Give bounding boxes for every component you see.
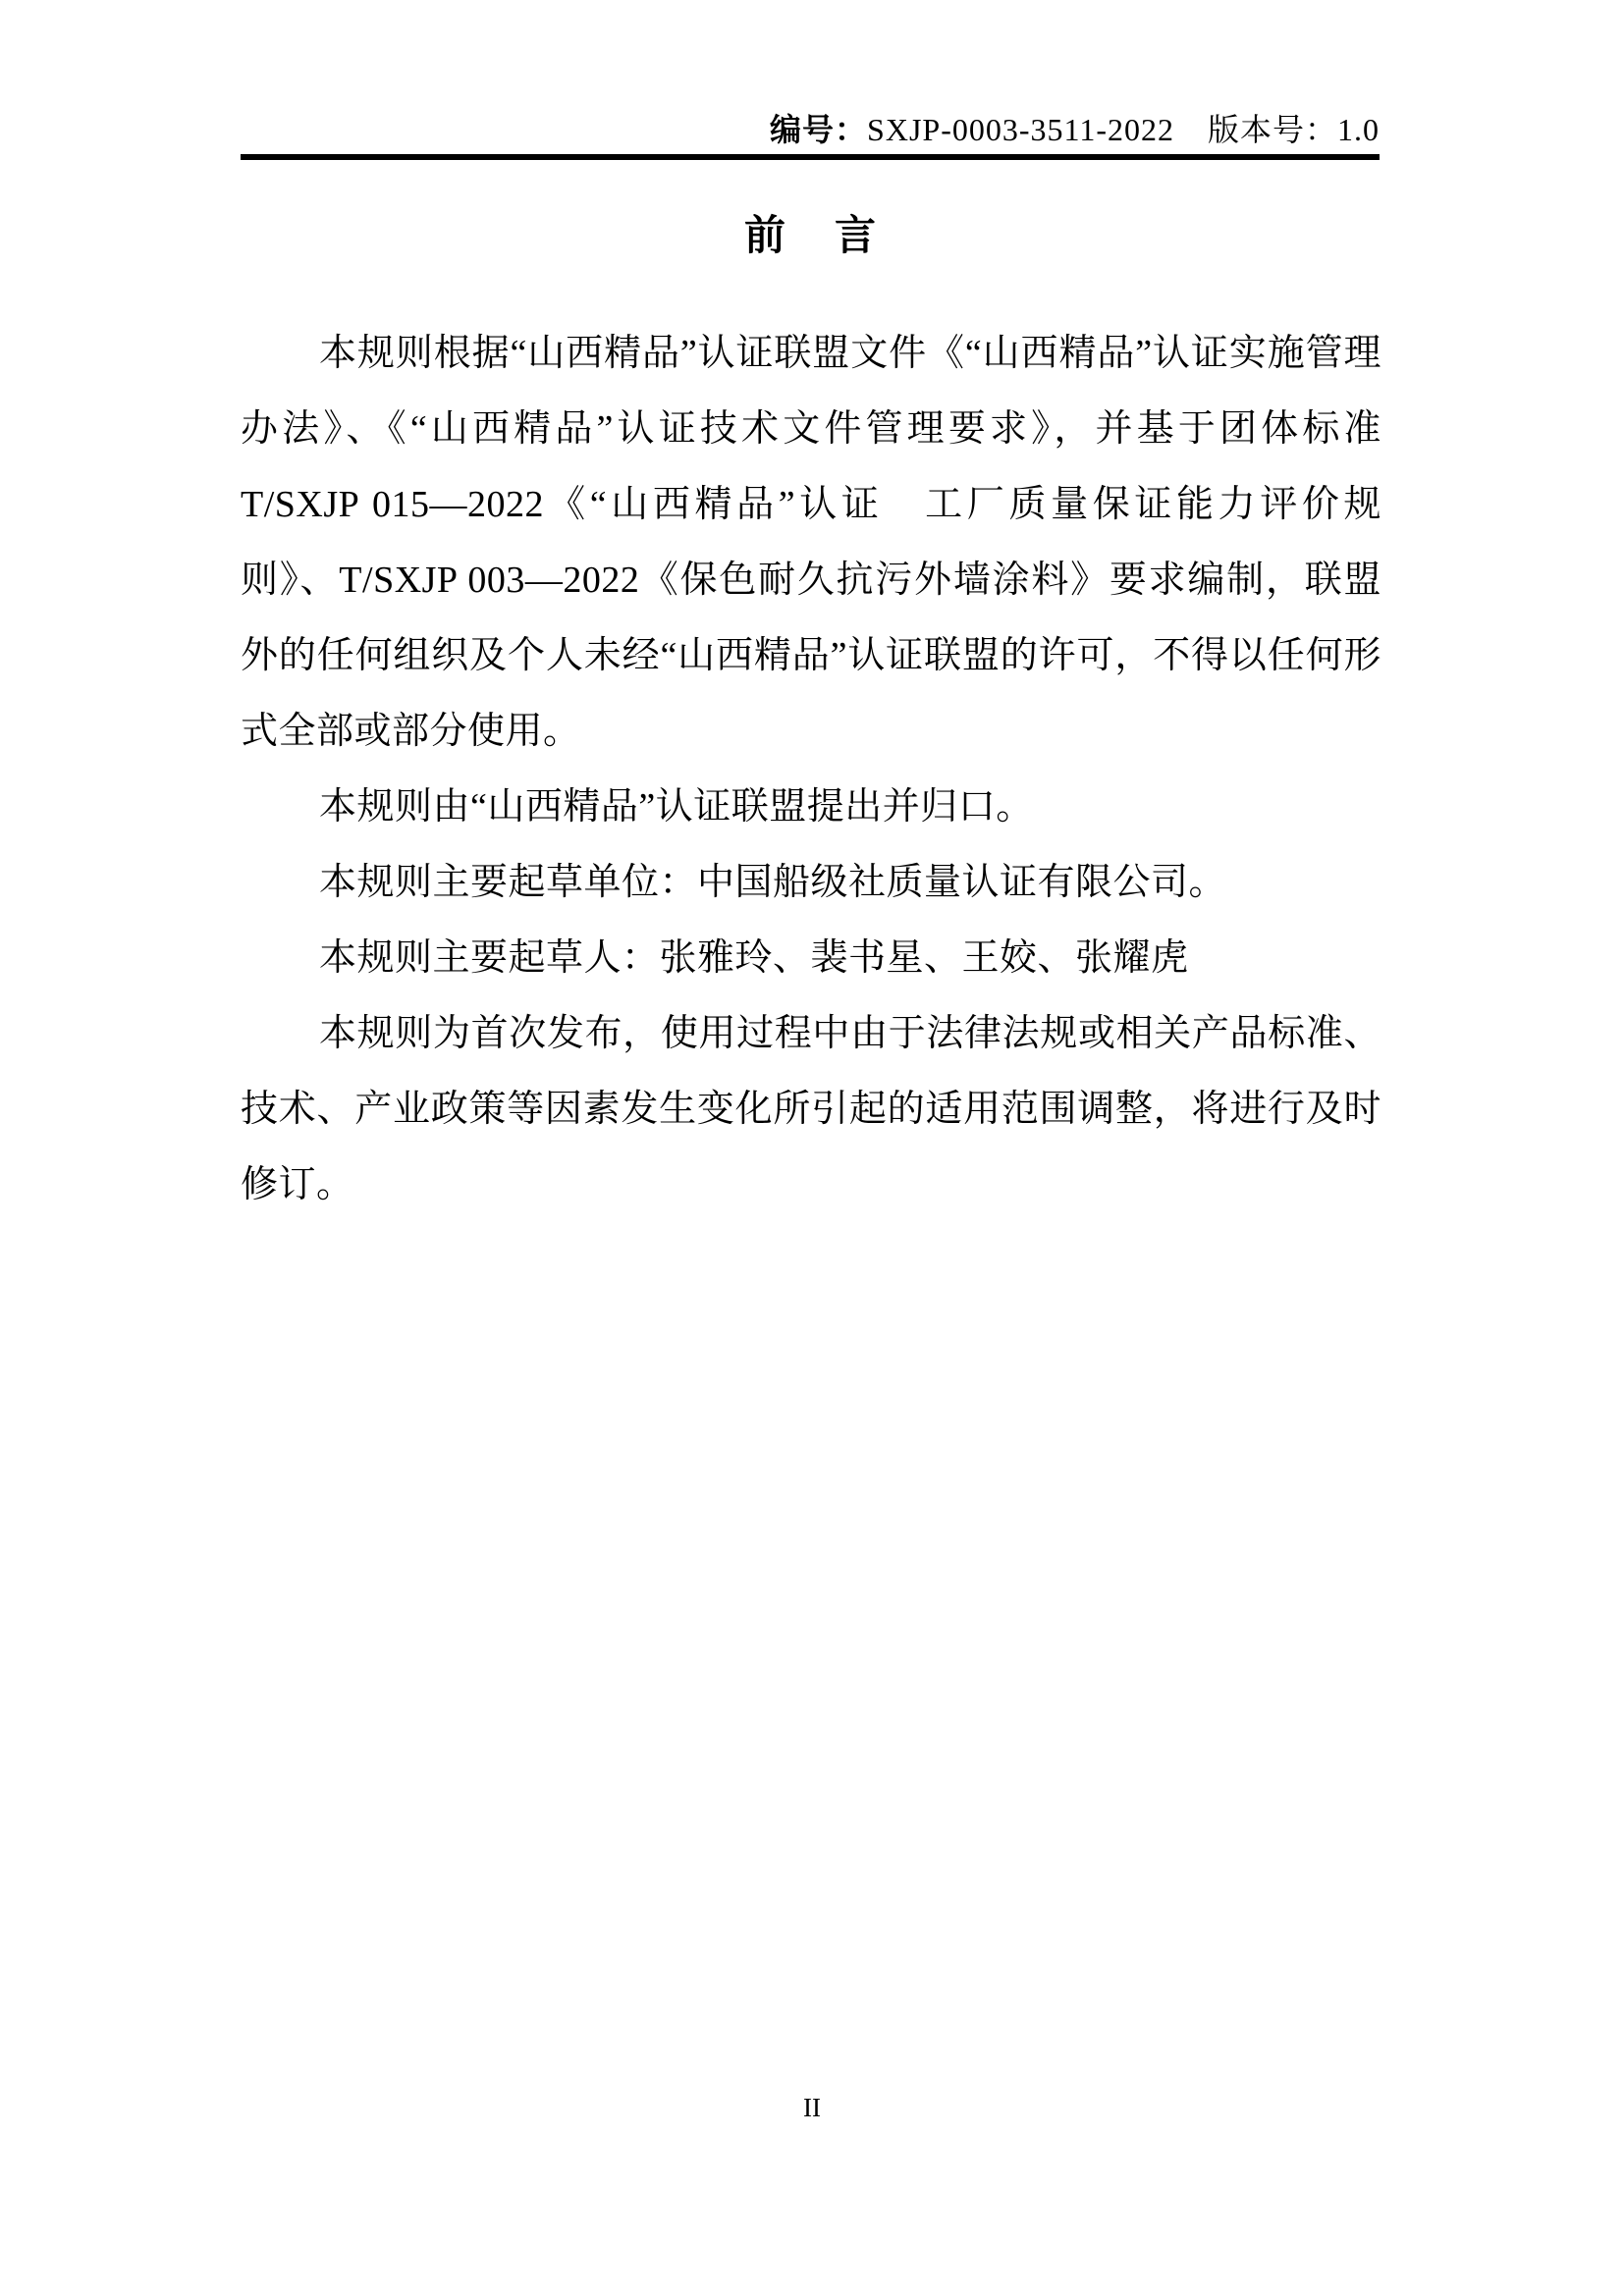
doc-number-label: 编号： [770,112,867,147]
body-paragraph: 本规则主要起草单位：中国船级社质量认证有限公司。 [241,845,1381,921]
body-paragraph: 本规则为首次发布，使用过程中由于法律法规或相关产品标准、技术、产业政策等因素发生… [241,996,1381,1223]
doc-version-value: 1.0 [1337,112,1380,147]
doc-version-label: 版本号： [1208,112,1337,147]
document-header: 编号：SXJP-0003-3511-2022版本号：1.0 [241,110,1380,149]
page-title: 前 言 [0,212,1624,261]
body-paragraph: 本规则根据“山西精品”认证联盟文件《“山西精品”认证实施管理办法》、《“山西精品… [241,316,1381,770]
body-paragraph: 本规则主要起草人：张雅玲、裴书星、王姣、张耀虎 [241,921,1381,996]
header-divider-rule [241,154,1380,160]
document-page: 编号：SXJP-0003-3511-2022版本号：1.0 前 言 本规则根据“… [0,0,1624,2296]
doc-number-value: SXJP-0003-3511-2022 [867,112,1174,147]
document-body: 本规则根据“山西精品”认证联盟文件《“山西精品”认证实施管理办法》、《“山西精品… [241,316,1381,1223]
body-paragraph: 本规则由“山西精品”认证联盟提出并归口。 [241,770,1381,845]
page-number: II [0,2091,1624,2124]
